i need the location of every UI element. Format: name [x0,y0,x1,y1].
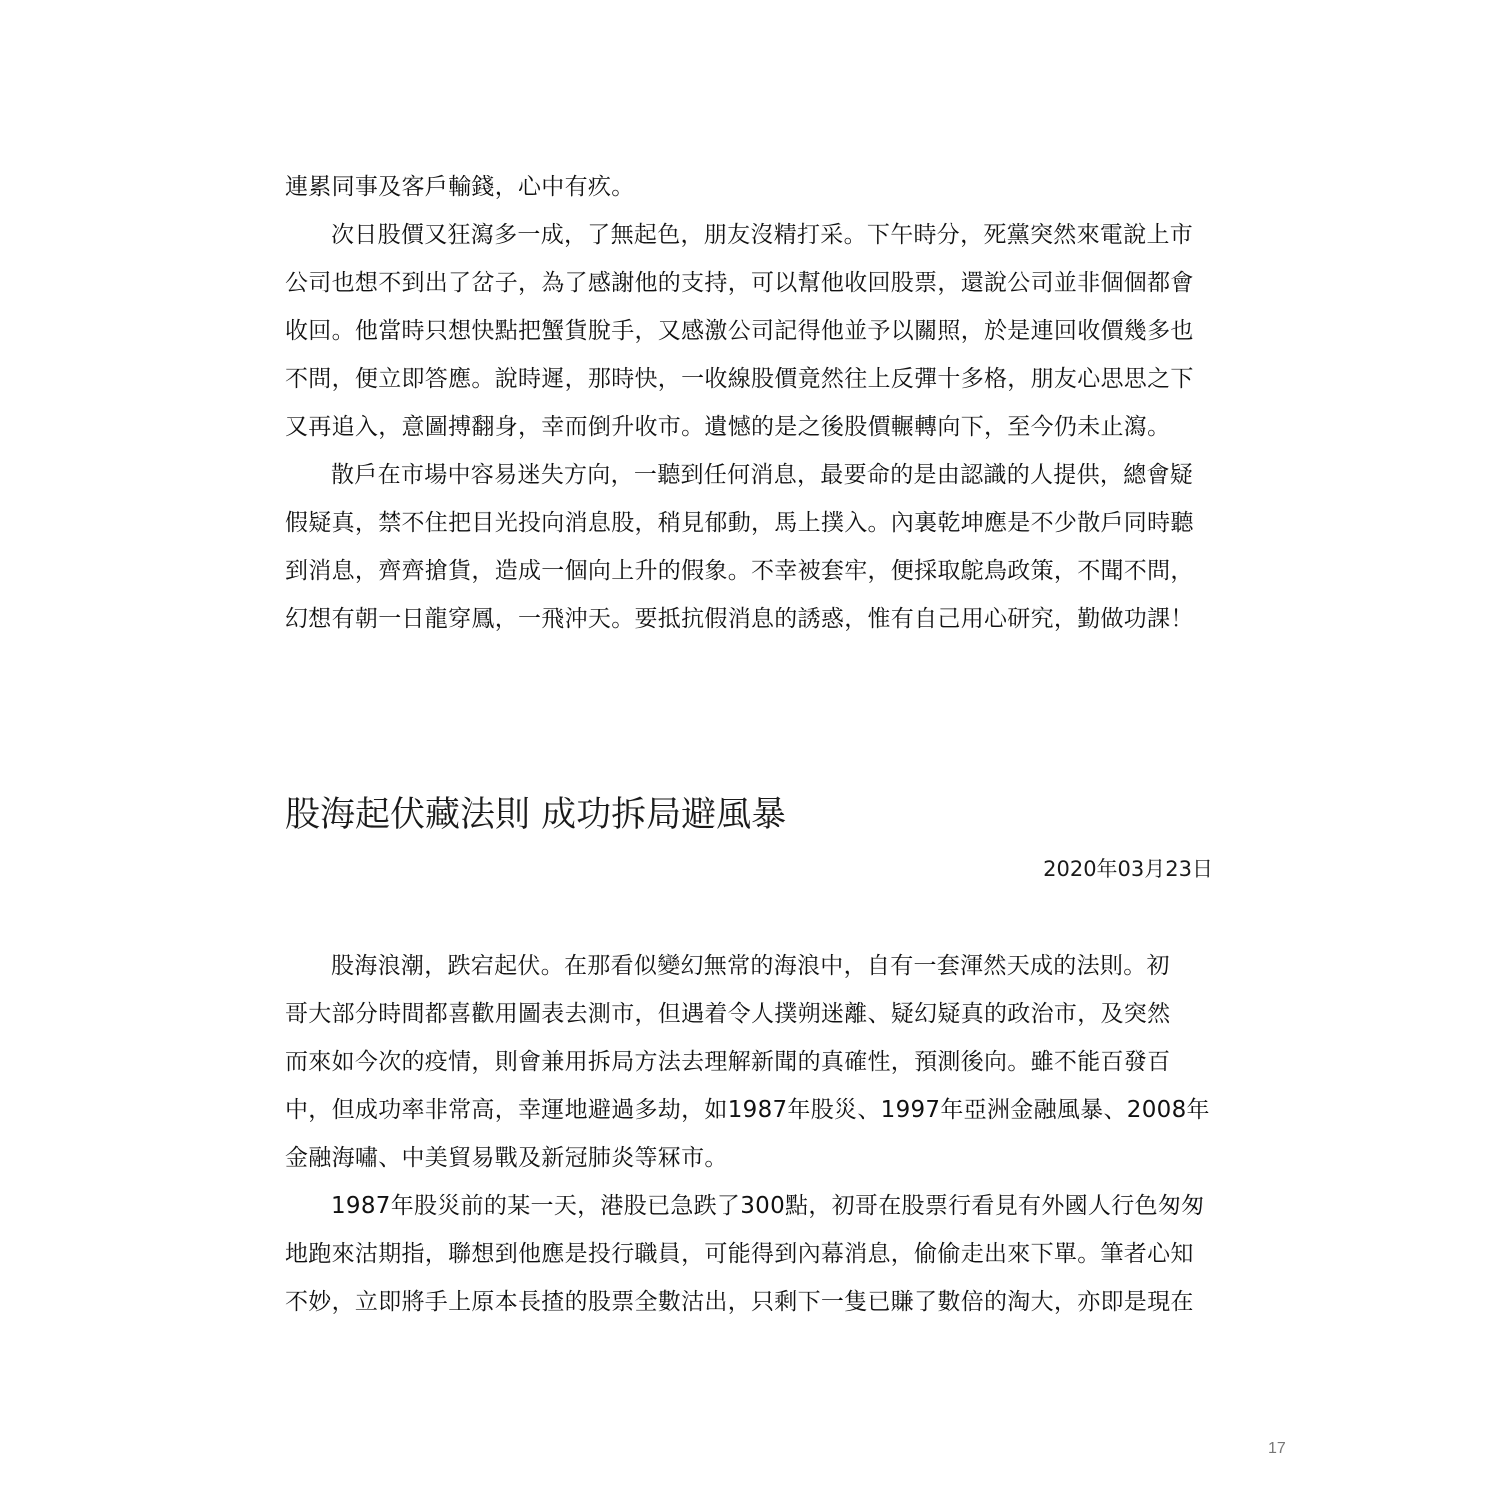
paragraph-line: 哥大部分時間都喜歡用圖表去測市，但遇着令人撲朔迷離、疑幻疑真的政治市，及突然 [285,990,1215,1038]
page-number: 17 [1268,1440,1286,1458]
paragraph-line: 次日股價又狂瀉多一成，了無起色，朋友沒精打采。下午時分，死黨突然來電說上市 [285,211,1215,259]
paragraph-line: 地跑來沽期指，聯想到他應是投行職員，可能得到內幕消息，偷偷走出來下單。筆者心知 [285,1230,1215,1278]
paragraph-line: 不妙，立即將手上原本長揸的股票全數沽出，只剩下一隻已賺了數倍的淘大，亦即是現在 [285,1278,1215,1326]
paragraph-line: 股海浪潮，跌宕起伏。在那看似變幻無常的海浪中，自有一套渾然天成的法則。初 [285,942,1215,990]
paragraph-line: 幻想有朝一日龍穿鳳，一飛沖天。要抵抗假消息的誘惑，惟有自己用心研究，勤做功課！ [285,595,1215,643]
paragraph-line: 公司也想不到出了岔子，為了感謝他的支持，可以幫他收回股票，還說公司並非個個都會 [285,259,1215,307]
article-date: 2020年03月23日 [1043,855,1213,883]
paragraph-line: 不問，便立即答應。說時遲，那時快，一收線股價竟然往上反彈十多格，朋友心思思之下 [285,355,1215,403]
paragraph-line: 散戶在市場中容易迷失方向，一聽到任何消息，最要命的是由認識的人提供，總會疑 [285,451,1215,499]
article-title: 股海起伏藏法則 成功拆局避風暴 [285,790,786,840]
paragraph-line: 又再追入，意圖搏翻身，幸而倒升收市。遺憾的是之後股價輾轉向下，至今仍未止瀉。 [285,403,1215,451]
paragraph-line: 1987年股災前的某一天，港股已急跌了300點，初哥在股票行看見有外國人行色匆匆 [285,1182,1215,1230]
paragraph-line: 連累同事及客戶輸錢，心中有疚。 [285,163,1215,211]
paragraph-line: 假疑真，禁不住把目光投向消息股，稍見郁動，馬上撲入。內裏乾坤應是不少散戶同時聽 [285,499,1215,547]
paragraph-line: 而來如今次的疫情，則會兼用拆局方法去理解新聞的真確性，預測後向。雖不能百發百 [285,1038,1215,1086]
paragraph-line: 中，但成功率非常高，幸運地避過多劫，如1987年股災、1997年亞洲金融風暴、2… [285,1086,1215,1134]
previous-article-continuation: 連累同事及客戶輸錢，心中有疚。 次日股價又狂瀉多一成，了無起色，朋友沒精打采。下… [285,163,1215,643]
article-body: 股海浪潮，跌宕起伏。在那看似變幻無常的海浪中，自有一套渾然天成的法則。初 哥大部… [285,942,1215,1326]
paragraph-line: 收回。他當時只想快點把蟹貨脫手，又感激公司記得他並予以關照，於是連回收價幾多也 [285,307,1215,355]
paragraph-line: 到消息，齊齊搶貨，造成一個向上升的假象。不幸被套牢，便採取鴕鳥政策，不聞不問， [285,547,1215,595]
paragraph-line: 金融海嘯、中美貿易戰及新冠肺炎等冧市。 [285,1134,1215,1182]
